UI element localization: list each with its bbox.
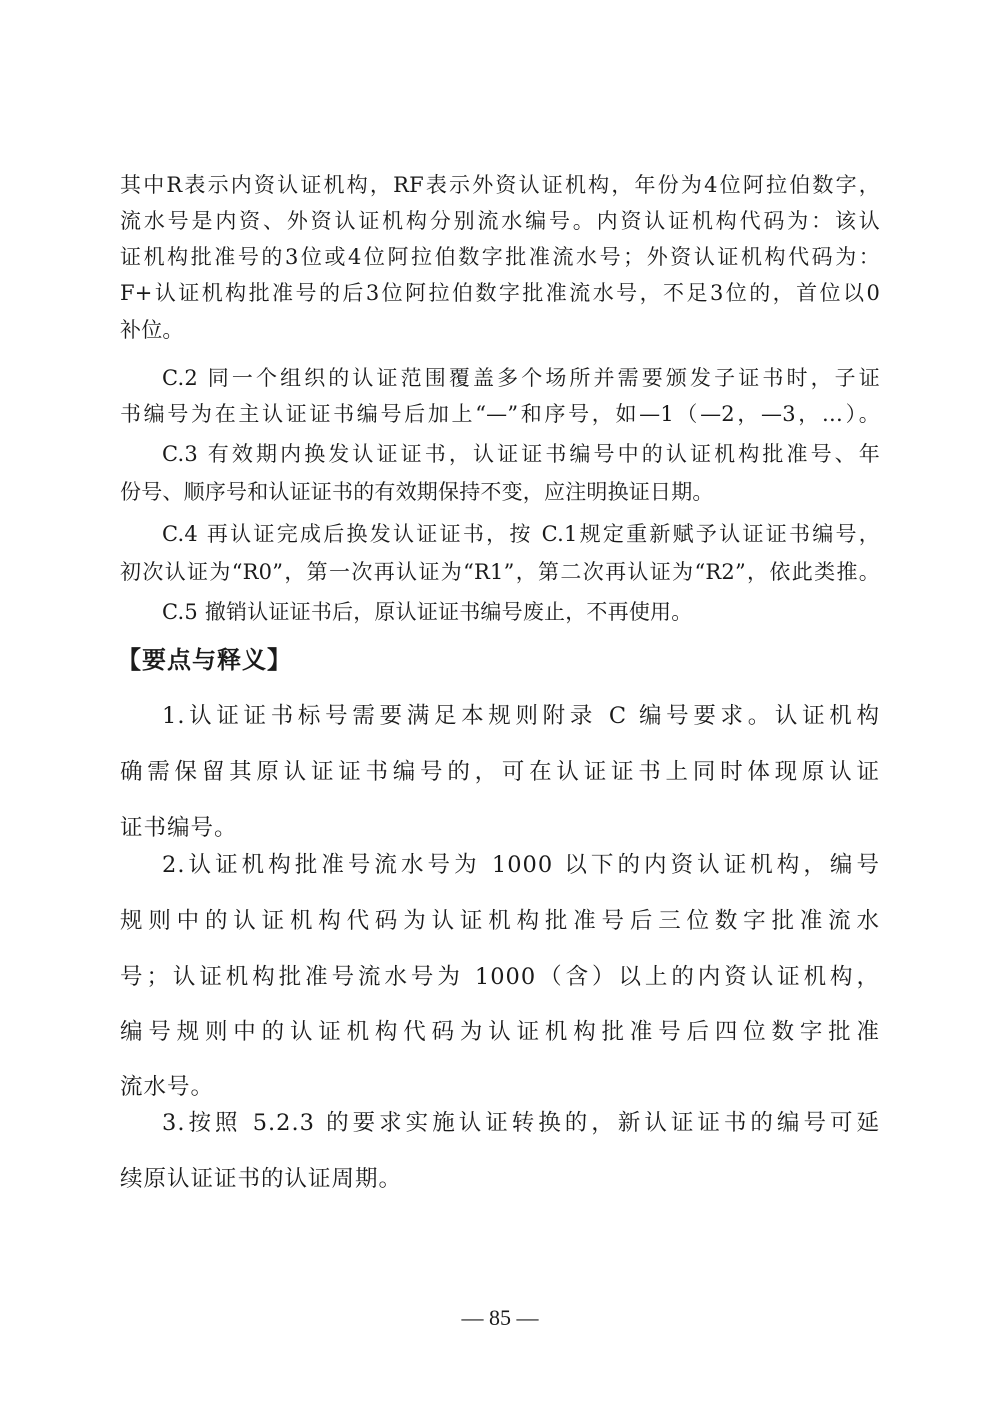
key-point-2-line: 流水号。 bbox=[120, 1072, 880, 1102]
key-point-1-line: 确需保留其原认证证书编号的，可在认证证书上同时体现原认证 bbox=[120, 757, 880, 787]
intro-line: 流水号是内资、外资认证机构分别流水编号。内资认证机构代码为：该认 bbox=[120, 206, 880, 236]
document-page: 其中R表示内资认证机构，RF表示外资认证机构，年份为4位阿拉伯数字， 流水号是内… bbox=[0, 0, 1000, 1414]
key-points-heading: 【要点与释义】 bbox=[117, 644, 292, 676]
clause-c3-line: C.3 有效期内换发认证证书，认证证书编号中的认证机构批准号、年 bbox=[162, 439, 880, 469]
key-point-1-line: 证书编号。 bbox=[120, 813, 880, 843]
key-point-2-line: 规则中的认证机构代码为认证机构批准号后三位数字批准流水 bbox=[120, 906, 880, 936]
intro-line: 补位。 bbox=[120, 315, 880, 345]
key-point-2-line: 号；认证机构批准号流水号为 1000（含）以上的内资认证机构， bbox=[120, 962, 880, 992]
intro-line: 其中R表示内资认证机构，RF表示外资认证机构，年份为4位阿拉伯数字， bbox=[120, 170, 880, 200]
clause-c4-line: 初次认证为“R0”，第一次再认证为“R1”，第二次再认证为“R2”，依此类推。 bbox=[120, 557, 880, 587]
intro-line: 证机构批准号的3位或4位阿拉伯数字批准流水号；外资认证机构代码为： bbox=[120, 242, 880, 272]
key-point-2-line: 编号规则中的认证机构代码为认证机构批准号后四位数字批准 bbox=[120, 1017, 880, 1047]
intro-line: F+认证机构批准号的后3位阿拉伯数字批准流水号，不足3位的，首位以0 bbox=[120, 278, 880, 308]
clause-c2-line: 书编号为在主认证证书编号后加上“—”和序号，如—1（—2，—3，…）。 bbox=[120, 399, 880, 429]
clause-c3-line: 份号、顺序号和认证证书的有效期保持不变，应注明换证日期。 bbox=[120, 477, 880, 507]
clause-c5-line: C.5 撤销认证证书后，原认证证书编号废止，不再使用。 bbox=[162, 597, 880, 627]
key-point-3-line: 续原认证证书的认证周期。 bbox=[120, 1164, 880, 1194]
clause-c2-line: C.2 同一个组织的认证范围覆盖多个场所并需要颁发子证书时，子证 bbox=[162, 363, 880, 393]
key-point-2-line: 2.认证机构批准号流水号为 1000 以下的内资认证机构，编号 bbox=[162, 850, 880, 880]
key-point-3-line: 3.按照 5.2.3 的要求实施认证转换的，新认证证书的编号可延 bbox=[162, 1108, 880, 1138]
key-point-1-line: 1.认证证书标号需要满足本规则附录 C 编号要求。认证机构 bbox=[162, 701, 880, 731]
clause-c4-line: C.4 再认证完成后换发认证证书，按 C.1规定重新赋予认证证书编号， bbox=[162, 519, 880, 549]
page-number: — 85 — bbox=[0, 1303, 1000, 1333]
